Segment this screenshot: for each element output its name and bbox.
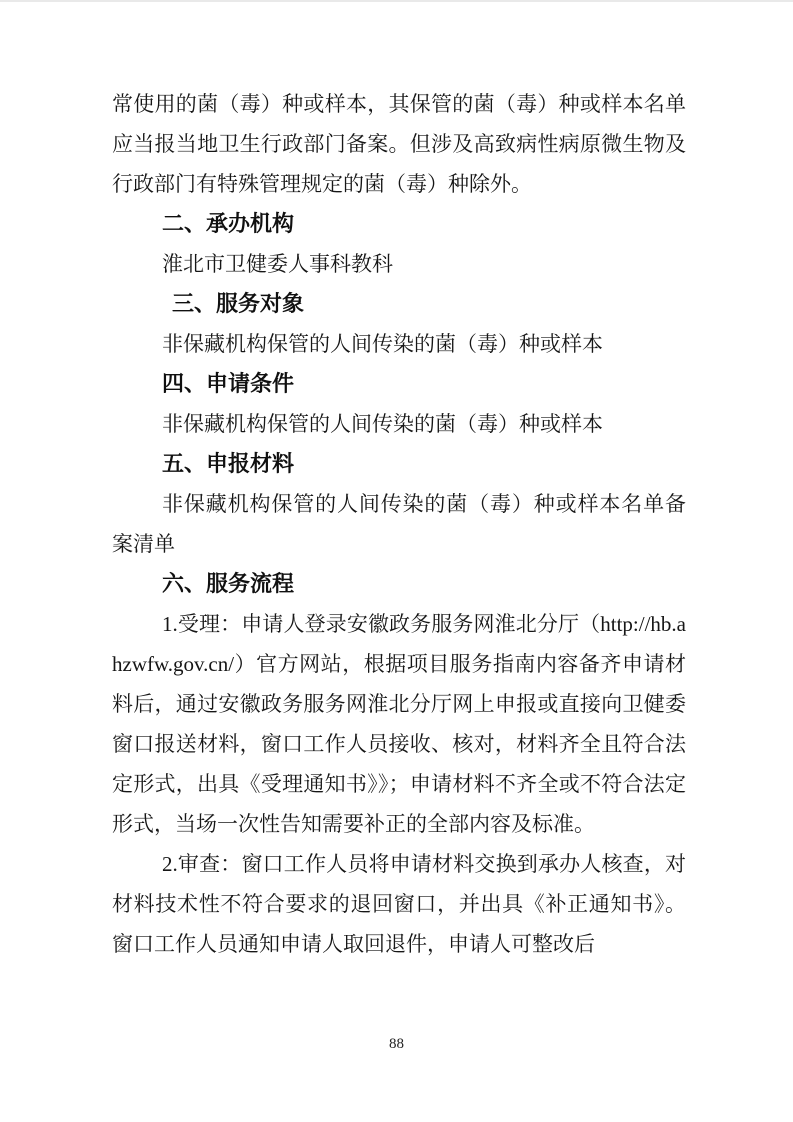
heading-section-six-service-process: 六、服务流程 xyxy=(112,564,686,604)
page-number: 88 xyxy=(0,1036,793,1053)
paragraph-application-materials: 非保藏机构保管的人间传染的菌（毒）种或样本名单备案清单 xyxy=(112,484,686,564)
heading-section-five-application-materials: 五、申报材料 xyxy=(112,444,686,484)
paragraph-service-target: 非保藏机构保管的人间传染的菌（毒）种或样本 xyxy=(112,324,686,364)
paragraph-process-step-2-review: 2.审查：窗口工作人员将申请材料交换到承办人核查，对材料技术性不符合要求的退回窗… xyxy=(112,844,686,964)
document-page: 常使用的菌（毒）种或样本，其保管的菌（毒）种或样本名单应当报当地卫生行政部门备案… xyxy=(0,0,793,1122)
page-content: 常使用的菌（毒）种或样本，其保管的菌（毒）种或样本名单应当报当地卫生行政部门备案… xyxy=(112,84,686,964)
paragraph-application-conditions: 非保藏机构保管的人间传染的菌（毒）种或样本 xyxy=(112,404,686,444)
paragraph-undertaking-agency: 淮北市卫健委人事科教科 xyxy=(112,244,686,284)
heading-section-three-service-target: 三、服务对象 xyxy=(112,284,686,324)
paragraph-filing-continuation: 常使用的菌（毒）种或样本，其保管的菌（毒）种或样本名单应当报当地卫生行政部门备案… xyxy=(112,84,686,204)
heading-section-four-application-conditions: 四、申请条件 xyxy=(112,364,686,404)
heading-section-two-undertaking-agency: 二、承办机构 xyxy=(112,204,686,244)
paragraph-process-step-1-acceptance: 1.受理：申请人登录安徽政务服务网淮北分厅（http://hb.ahzwfw.g… xyxy=(112,604,686,844)
